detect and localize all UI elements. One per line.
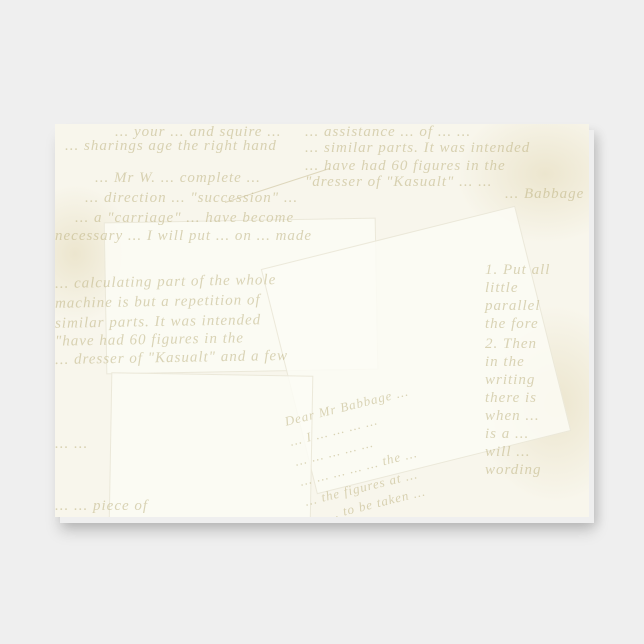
handwriting-line: the fore xyxy=(485,316,539,333)
handwriting-line: ... similar parts. It was intended xyxy=(305,140,530,157)
handwriting-line: ... direction ... "succession" ... xyxy=(85,190,298,207)
handwriting-line: machine is but a repetition of xyxy=(55,292,261,313)
handwriting-line: little xyxy=(485,280,519,297)
handwriting-line: ... Babbage ... xyxy=(505,186,589,203)
handwriting-line: 1. Put all xyxy=(485,262,550,279)
handwriting-line: ... ... xyxy=(55,436,88,453)
handwriting-line: ... a "carriage" ... have become xyxy=(75,210,294,227)
handwriting-line: necessary ... I will put ... on ... made xyxy=(55,228,312,245)
handwriting-line: will ... xyxy=(485,444,531,461)
handwriting-line: wording xyxy=(485,462,541,479)
handwriting-line: ... have had 60 figures in the xyxy=(305,158,506,175)
handwriting-line: in the xyxy=(485,354,525,371)
handwriting-line: is a ... xyxy=(485,426,529,443)
handwriting-line: when ... xyxy=(485,408,540,425)
handwriting-line: 2. Then xyxy=(485,336,537,353)
handwriting-line: ... ... piece of xyxy=(55,498,148,515)
handwriting-line: ... sharings age the right hand xyxy=(65,138,277,155)
handwriting-line: parallel xyxy=(485,298,541,315)
handwriting-line: writing xyxy=(485,372,535,389)
handwriting-line: ... assistance ... of ... ... xyxy=(305,124,471,141)
handwriting-line: there is xyxy=(485,390,537,407)
handwriting-line: "dresser of "Kasualt" ... ... xyxy=(305,174,492,191)
handwriting-line: "have had 60 figures in the xyxy=(55,330,244,350)
envelope: ... your ... and squire ... ... sharings… xyxy=(55,124,589,517)
handwriting-line: ... Mr W. ... complete ... xyxy=(95,170,261,187)
letter-sheet xyxy=(109,372,314,517)
